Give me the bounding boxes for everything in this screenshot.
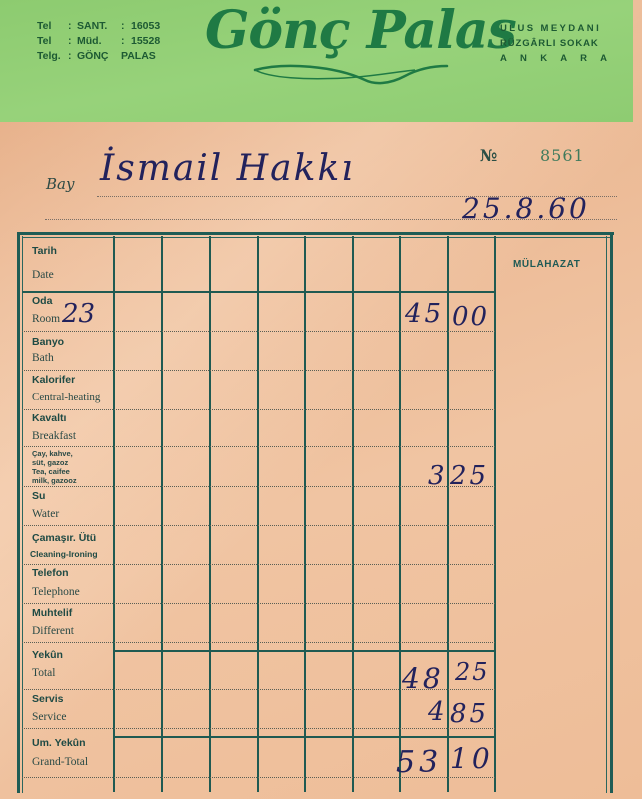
contact-line-switchboard: Tel : SANT. : 16053: [37, 20, 207, 34]
contact-separator: :: [121, 35, 125, 47]
row-label-en: Room: [32, 313, 60, 325]
row-divider: [22, 409, 495, 410]
table-border-top-inner: [22, 237, 610, 238]
contact-separator: :: [68, 50, 72, 62]
contact-key: Müd.: [77, 35, 102, 47]
row-label-line: Tea, caifee: [32, 467, 70, 476]
row-label-tr: Çamaşır. Ütü: [32, 532, 96, 544]
column-divider: [399, 236, 401, 792]
total-divider: [113, 650, 495, 652]
invoice-number-symbol: №: [480, 146, 497, 165]
contact-separator: :: [68, 35, 72, 47]
row-label-en: Service: [32, 711, 66, 723]
contact-label: Tel: [37, 20, 51, 32]
table-border-right-inner: [606, 236, 607, 793]
contact-separator: :: [68, 20, 72, 32]
drinks-amount-kurus: 25: [450, 461, 489, 491]
grand-total-divider: [113, 736, 495, 738]
total-amount-lira: 48: [402, 662, 444, 695]
row-divider: [22, 603, 495, 604]
total-amount-kurus: 25: [455, 658, 490, 686]
row-label-line: süt, gazoz: [32, 458, 68, 467]
row-label-tr: Oda: [32, 295, 52, 307]
row-label-tr: Servis: [32, 693, 64, 705]
logo-flourish-icon: [225, 58, 455, 88]
address-square: ULUS MEYDANI: [500, 23, 610, 34]
table-border-top: [17, 232, 614, 235]
drinks-amount-lira: 3: [428, 461, 445, 491]
column-divider: [352, 236, 354, 792]
row-divider: [22, 525, 495, 526]
row-label-en: Bath: [32, 352, 54, 364]
room-amount-kurus: 00: [452, 302, 489, 332]
column-divider: [113, 236, 115, 792]
row-label-tr: Tarih: [32, 245, 57, 257]
row-divider: [22, 564, 495, 565]
column-divider: [161, 236, 163, 792]
row-divider: [22, 486, 495, 487]
invoice-number: 8561: [540, 146, 585, 165]
guest-name: İsmail Hakkı: [100, 148, 355, 189]
row-label-en: Different: [32, 625, 74, 637]
table-border-left-inner: [22, 236, 23, 793]
service-amount-kurus: 85: [450, 699, 489, 729]
contact-value: PALAS: [121, 50, 156, 62]
invoice-date: 25.8.60: [462, 192, 590, 225]
row-label-line: milk, gazooz: [32, 476, 77, 485]
row-label-tr: Telefon: [32, 567, 69, 579]
row-label-tr: Kavaltı: [32, 412, 66, 424]
salutation-label: Bay: [46, 175, 74, 193]
row-label-line: Çay, kahve,: [32, 449, 73, 458]
row-label-tr: Su: [32, 490, 45, 502]
contact-value: 16053: [131, 20, 160, 32]
row-divider: [22, 446, 495, 447]
row-divider: [22, 728, 495, 729]
column-divider: [447, 236, 449, 792]
room-amount-lira: 45: [405, 299, 444, 329]
row-label-en: Breakfast: [32, 430, 76, 442]
row-label-en: Water: [32, 508, 59, 520]
service-amount-lira: 4: [428, 697, 445, 727]
row-label-tr: Yekûn: [32, 649, 63, 661]
column-divider: [494, 236, 496, 792]
row-label-tr: Kalorifer: [32, 374, 75, 386]
hotel-logo: Gönç Palas: [205, 0, 516, 61]
row-divider: [22, 370, 495, 371]
row-divider: [22, 331, 495, 332]
contact-label: Telg.: [37, 50, 61, 62]
row-label-tr: Muhtelif: [32, 607, 72, 619]
row-label-en: Grand-Total: [32, 756, 88, 768]
contact-key: SANT.: [77, 20, 107, 32]
contact-value: 15528: [131, 35, 160, 47]
room-number: 23: [62, 299, 95, 329]
row-label-en: Date: [32, 269, 54, 281]
table-border-right: [610, 232, 613, 793]
row-divider: [22, 642, 495, 643]
contact-line-telegraph: Telg. : GÖNÇ PALAS: [37, 50, 207, 64]
address-city: A N K A R A: [500, 53, 610, 64]
table-border-left: [17, 232, 20, 793]
column-divider: [209, 236, 211, 792]
contact-label: Tel: [37, 35, 51, 47]
header-row-divider: [22, 291, 495, 293]
contact-key: GÖNÇ: [77, 50, 109, 62]
remarks-header: MÜLAHAZAT: [513, 259, 580, 270]
column-divider: [304, 236, 306, 792]
contact-line-manager: Tel : Müd. : 15528: [37, 35, 207, 49]
contact-separator: :: [121, 20, 125, 32]
grand-total-kurus: 10: [450, 742, 494, 775]
address-street: RÜZGÂRLI SOKAK: [500, 38, 610, 49]
column-divider: [257, 236, 259, 792]
row-label-en: Total: [32, 667, 55, 679]
row-label-tr: Banyo: [32, 336, 64, 348]
row-label-tr: Um. Yekûn: [32, 737, 86, 749]
row-label-en: Central-heating: [32, 391, 100, 403]
row-label-en: Telephone: [32, 586, 80, 598]
row-label-en: Cleaning-Ironing: [30, 548, 98, 560]
grand-total-lira: 53: [396, 745, 442, 780]
